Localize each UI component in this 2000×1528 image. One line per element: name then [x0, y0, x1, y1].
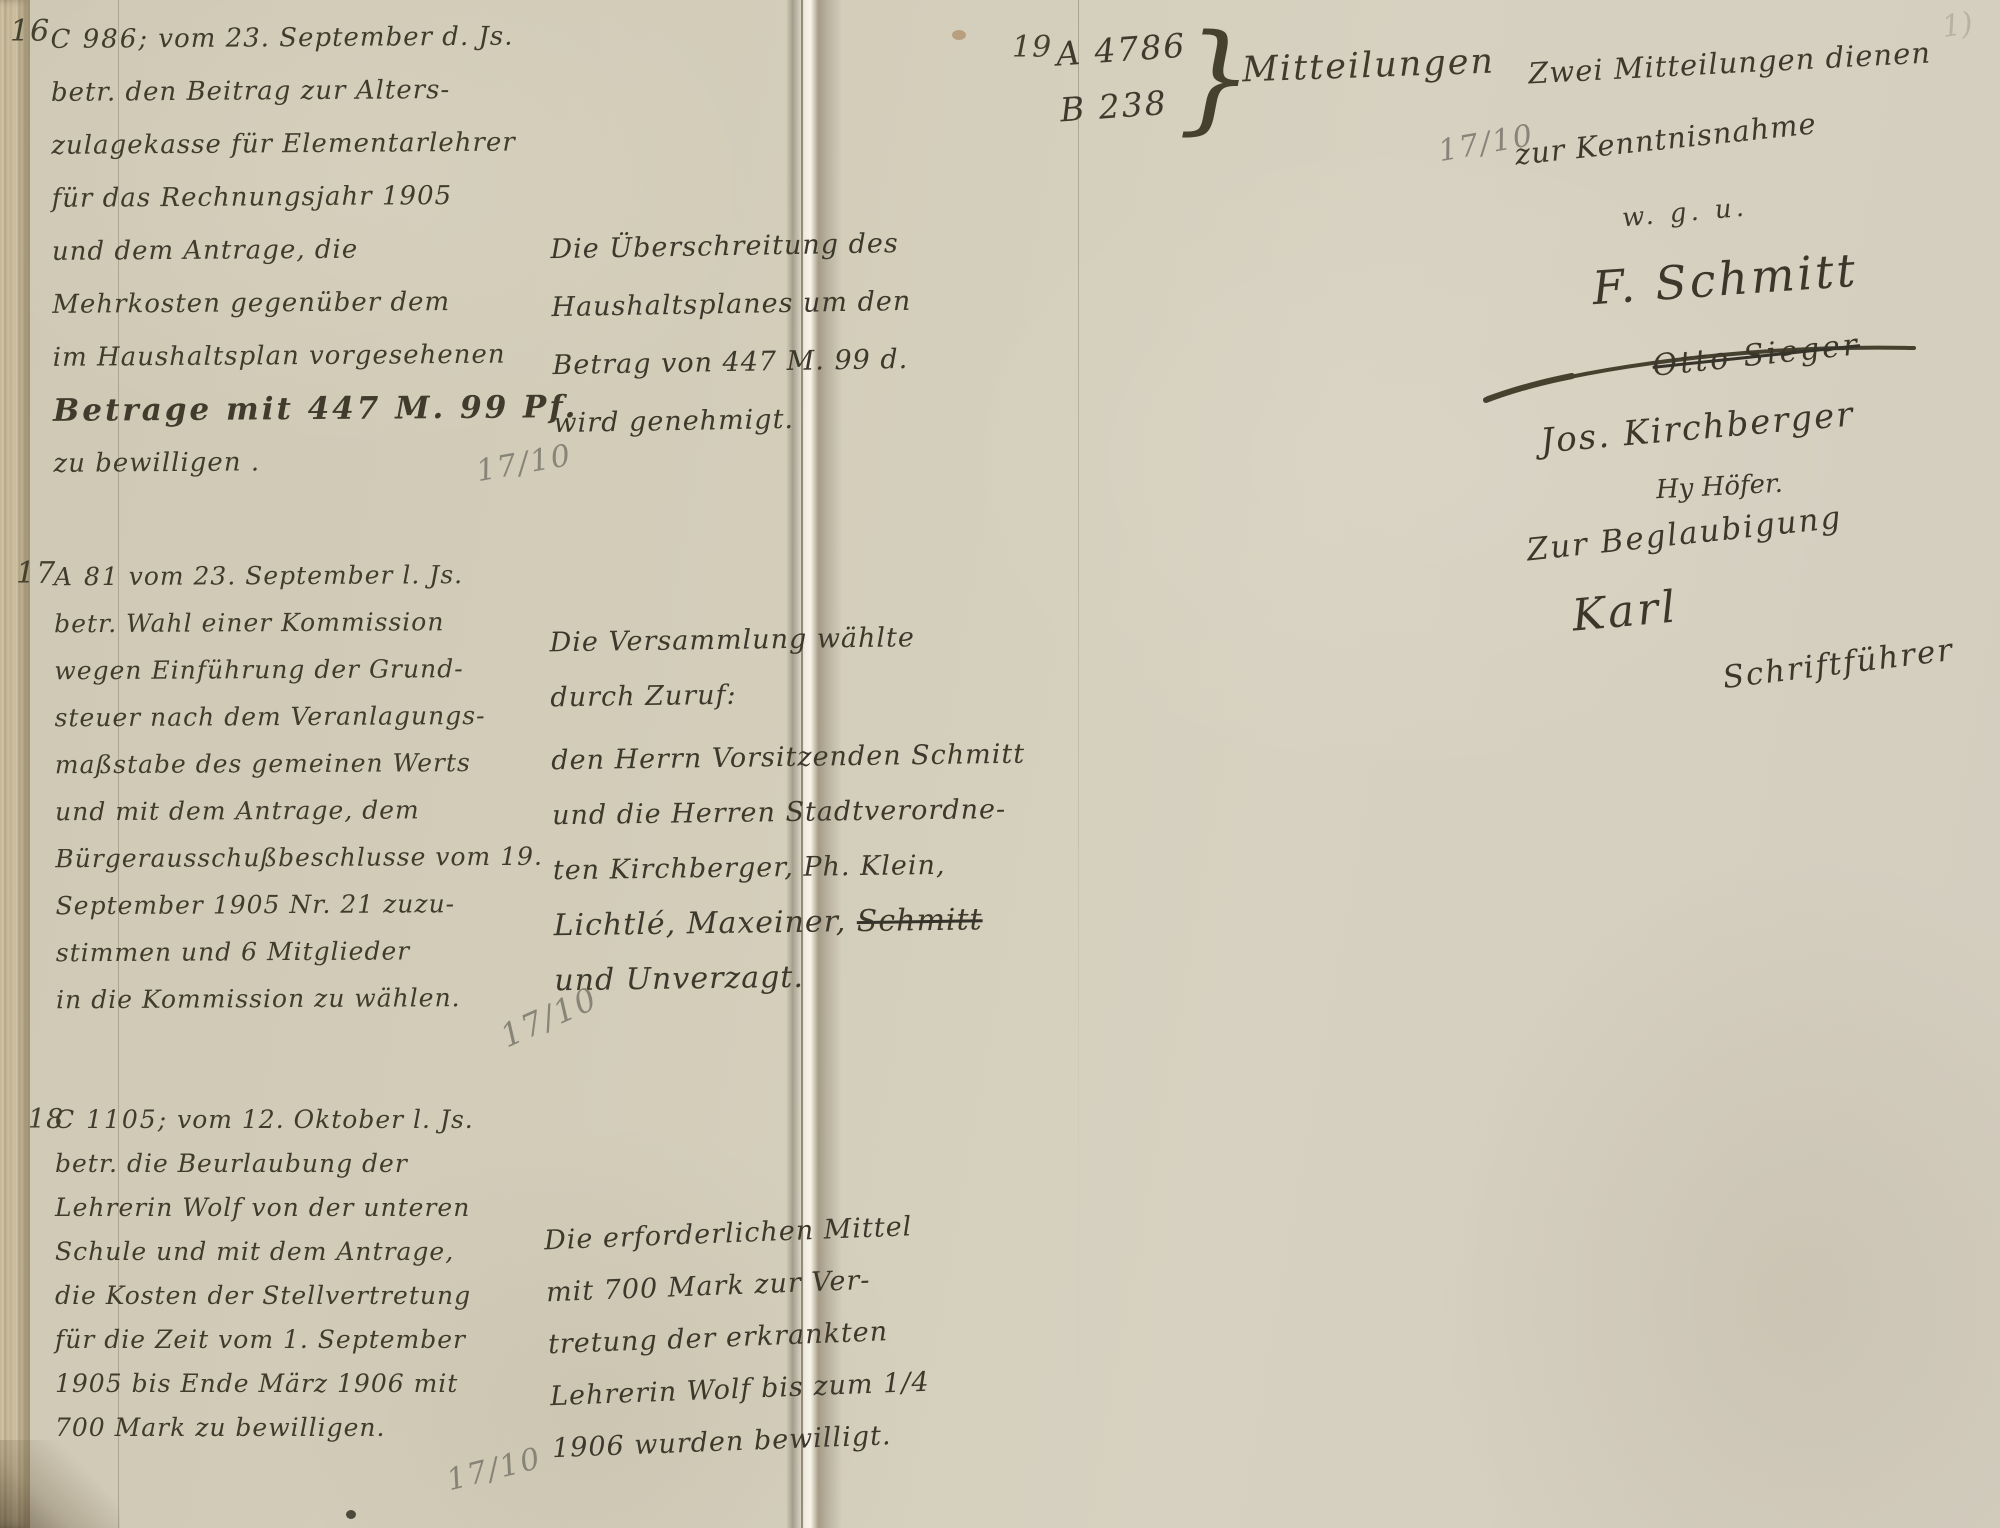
text-line: für die Zeit vom 1. September	[55, 1318, 474, 1362]
text-line: Mehrkosten gegenüber dem	[52, 275, 578, 332]
entry-19-file-references: A 4786 B 238	[1054, 18, 1192, 139]
names-line: Lichtlé, Maxeiner,	[553, 904, 846, 943]
file-reference: C 986;	[50, 24, 149, 55]
date-reference: vom 23. September d. Js.	[158, 22, 513, 54]
text-line: wird genehmigt.	[553, 389, 914, 453]
witness-signature: Hy Höfer.	[1655, 469, 1783, 506]
foxing-stain	[952, 30, 966, 40]
text-line: C 1105; vom 12. Oktober l. Js.	[55, 1098, 474, 1142]
file-reference-a: A 4786	[1054, 18, 1188, 83]
file-reference-b: B 238	[1058, 73, 1192, 138]
text-line: Lichtlé, Maxeiner, Schmitt	[553, 892, 1028, 954]
text-line: im Haushaltsplan vorgesehenen	[53, 328, 579, 385]
text-line: die Kosten der Stellvertretung	[55, 1274, 474, 1318]
corner-wear	[0, 1440, 120, 1528]
president-signature: F. Schmitt	[1590, 243, 1859, 315]
amount-line: Betrage mit 447 M. 99 Pf.	[53, 381, 579, 438]
right-page-margin-rule	[1078, 0, 1079, 1528]
clerk-signature: Karl	[1570, 581, 1680, 641]
text-line: ten Kirchberger, Ph. Klein,	[552, 837, 1027, 899]
date-reference: vom 23. September l. Js.	[129, 560, 464, 591]
text-line: in die Kommission zu wählen.	[56, 974, 544, 1024]
scanned-protocol-book: 16 C 986; vom 23. September d. Js. betr.…	[0, 0, 2000, 1528]
attestation-line: Zur Beglaubigung	[1525, 500, 1844, 569]
text-line: betr. die Beurlaubung der	[55, 1142, 474, 1186]
entry-18-resolution-column: Die erforderlichen Mittel mit 700 Mark z…	[543, 1201, 932, 1475]
text-line: wegen Einführung der Grund-	[54, 645, 542, 695]
entry-17-number: 17	[16, 556, 56, 591]
text-line: Haushaltsplanes um den	[551, 273, 912, 337]
text-line: und dem Antrage, die	[52, 222, 578, 279]
text-line: den Herrn Vorsitzenden Schmitt	[551, 727, 1026, 789]
text-line: maßstabe des gemeinen Werts	[55, 739, 543, 789]
entry-16-number: 16	[10, 14, 50, 49]
entry-16-proposal-column: C 986; vom 23. September d. Js. betr. de…	[50, 10, 579, 491]
text-line: und mit dem Antrage, dem	[55, 786, 543, 836]
entry-19-number: 19	[1012, 30, 1052, 65]
entry-18-proposal-column: C 1105; vom 12. Oktober l. Js. betr. die…	[55, 1098, 474, 1450]
bleed-through-mark: 1)	[1940, 6, 1975, 45]
ink-speck	[346, 1510, 356, 1519]
text-line: Betrag von 447 M. 99 d.	[552, 331, 913, 395]
entry-17-resolution-column: Die Versammlung wählte durch Zuruf: den …	[549, 609, 1028, 1009]
text-line: stimmen und 6 Mitglieder	[56, 927, 544, 977]
text-line: zulagekasse für Elementarlehrer	[51, 116, 577, 173]
file-reference: C 1105;	[55, 1105, 168, 1134]
text-line: 700 Mark zu bewilligen.	[55, 1406, 474, 1450]
entry-19-subject-label: Mitteilungen	[1241, 42, 1495, 91]
text-line: 1905 bis Ende März 1906 mit	[55, 1362, 474, 1406]
text-line: Schule und mit dem Antrage,	[55, 1230, 474, 1274]
text-line: September 1905 Nr. 21 zuzu-	[55, 880, 543, 930]
text-line: Bürgerausschußbeschlusse vom 19.	[55, 833, 543, 883]
text-line: durch Zuruf:	[550, 664, 1025, 726]
page-edge-stack	[0, 0, 30, 1528]
file-reference: A 81	[54, 562, 120, 591]
text-line: betr. den Beitrag zur Alters-	[51, 63, 577, 120]
text-line: Lehrerin Wolf von der unteren	[55, 1186, 474, 1230]
resolution-note-line: Zwei Mitteilungen dienen	[1527, 35, 1931, 90]
text-line: C 986; vom 23. September d. Js.	[50, 10, 576, 67]
text-line: betr. Wahl einer Kommission	[54, 598, 542, 648]
clerk-title: Schriftführer	[1721, 632, 1956, 696]
resolution-note-line: zur Kenntnisnahme	[1513, 106, 1818, 172]
text-line: für das Rechnungsjahr 1905	[51, 169, 577, 226]
closing-abbreviation: w. g. u.	[1621, 193, 1749, 234]
entry-17-proposal-column: A 81 vom 23. September l. Js. betr. Wahl…	[54, 551, 544, 1024]
struck-out-name: Schmitt	[857, 902, 983, 939]
text-line: und Unverzagt.	[554, 947, 1029, 1009]
text-line: Die Überschreitung des	[550, 215, 911, 279]
text-line: Die Versammlung wählte	[549, 609, 1024, 671]
text-line: A 81 vom 23. September l. Js.	[54, 551, 542, 601]
text-line: und die Herren Stadtverordne-	[552, 782, 1027, 844]
text-line: steuer nach dem Veranlagungs-	[55, 692, 543, 742]
entry-16-resolution-column: Die Überschreitung des Haushaltsplanes u…	[550, 215, 914, 453]
date-reference: vom 12. Oktober l. Js.	[177, 1105, 474, 1134]
